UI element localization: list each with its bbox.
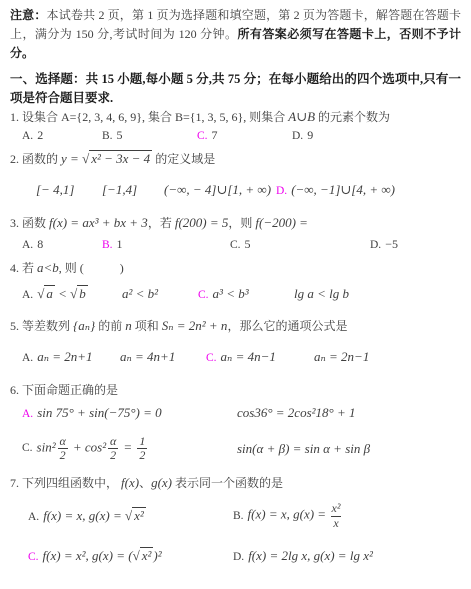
option-A: [− 4,1] xyxy=(36,182,102,198)
math-segment: f(x) = x, g(x) = xyxy=(248,507,330,522)
text-segment: ，则 xyxy=(228,216,255,230)
math-segment: [−1,4] xyxy=(102,182,137,197)
question-list: 1. 设集合 A={2, 3, 4, 6, 9}, 集合 B={1, 3, 5,… xyxy=(10,108,461,564)
option-row: A.2B.5C.7D.9 xyxy=(10,126,461,144)
question-4: 4. 若 a<b, 则 ( )A.√a < √ba² < b²C.a³ < b³… xyxy=(10,259,461,305)
text-segment: 5. 等差数列 xyxy=(10,319,73,333)
option-letter: A. xyxy=(22,289,33,301)
option-letter-answer: C. xyxy=(197,130,208,142)
option-D: aₙ = 2n−1 xyxy=(314,349,461,365)
radicand: b xyxy=(77,285,88,301)
option-A: A.8 xyxy=(22,237,102,252)
fraction: 12 xyxy=(137,435,147,462)
option-C: C.aₙ = 4n−1 xyxy=(206,349,314,365)
option-A: A.aₙ = 2n+1 xyxy=(22,349,120,365)
question-stem: 7. 下列四组函数中， f(x)、g(x) 表示同一个函数的是 xyxy=(10,474,461,492)
fraction-numerator: x² xyxy=(331,502,340,515)
option-letter-answer: D. xyxy=(276,185,287,197)
exam-page: 注意：本试卷共 2 页，第 1 页为选择题和填空题，第 2 页为答题卡，解答题在… xyxy=(0,0,471,589)
option-A: A.sin 75° + sin(−75°) = 0 xyxy=(22,405,237,421)
option-C: C.f(x) = x², g(x) = (√x²)² xyxy=(28,548,233,564)
math-segment: f(−200) = xyxy=(255,215,308,230)
option-B: aₙ = 4n+1 xyxy=(120,349,206,365)
math-segment: (−∞, −1]∪[4, + ∞) xyxy=(291,182,395,197)
math-segment: [− 4,1] xyxy=(36,182,74,197)
option-C: C.a³ < b³ xyxy=(198,286,294,302)
math-segment: aₙ = 4n−1 xyxy=(221,349,276,364)
option-letter: C. xyxy=(230,239,241,251)
option-row: A.√a < √ba² < b²C.a³ < b³lg a < lg b xyxy=(10,283,461,305)
sqrt-expression: √x² − 3x − 4 xyxy=(82,152,152,166)
option-B: B.f(x) = x, g(x) = x²x xyxy=(233,502,461,529)
option-D: sin(α + β) = sin α + sin β xyxy=(237,441,461,457)
math-segment: a² < b² xyxy=(122,286,158,301)
text-segment: 2 xyxy=(37,128,43,142)
text-segment: 1 xyxy=(117,237,123,251)
text-segment: 3. 函数 xyxy=(10,216,49,230)
option-C: C.sin²α2 + cos²α2 = 12 xyxy=(22,435,237,462)
text-segment: 8 xyxy=(37,237,43,251)
option-row: A.8B.1C.5D.−5 xyxy=(10,236,461,253)
text-segment: 项和 xyxy=(132,319,162,333)
option-letter: A. xyxy=(22,130,33,142)
fraction: α2 xyxy=(58,435,68,462)
option-letter: D. xyxy=(292,130,303,142)
fraction-denominator: 2 xyxy=(108,448,118,462)
option-letter-answer: B. xyxy=(102,239,113,251)
math-segment: f(x) = 2lg x, g(x) = lg x² xyxy=(248,548,373,563)
radicand: x² − 3x − 4 xyxy=(89,150,152,166)
section-title: 一、选择题：共 15 小题,每小题 5 分,共 75 分；在每小题给出的四个选项… xyxy=(10,70,461,108)
fraction-denominator: 2 xyxy=(58,448,68,462)
sqrt-expression: √x² xyxy=(125,509,146,523)
option-C: C.7 xyxy=(197,128,292,143)
question-1: 1. 设集合 A={2, 3, 4, 6, 9}, 集合 B={1, 3, 5,… xyxy=(10,108,461,144)
text-segment: ，那么它的通项公式是 xyxy=(227,319,347,333)
text-segment: 7 xyxy=(212,128,218,142)
sqrt-expression: √a xyxy=(37,287,55,301)
fraction-denominator: 2 xyxy=(137,448,147,462)
math-segment: f(x) xyxy=(121,475,139,490)
option-letter: B. xyxy=(233,510,244,522)
math-segment: f(x) = x, g(x) = xyxy=(43,508,125,523)
math-segment: a³ < b³ xyxy=(213,286,249,301)
question-stem: 3. 函数 f(x) = ax³ + bx + 3，若 f(200) = 5，则… xyxy=(10,214,461,232)
option-B: [−1,4] xyxy=(102,182,164,198)
option-letter: A. xyxy=(28,511,39,523)
math-segment: g(x) xyxy=(151,475,172,490)
text-segment: 表示同一个函数的是 xyxy=(172,476,283,490)
text-segment: 的元素个数为 xyxy=(315,110,390,124)
fraction-numerator: α xyxy=(108,435,118,448)
question-5: 5. 等差数列 {aₙ} 的前 n 项和 Sₙ = 2n² + n，那么它的通项… xyxy=(10,317,461,367)
option-letter: A. xyxy=(22,352,33,364)
question-stem: 4. 若 a<b, 则 ( ) xyxy=(10,259,461,277)
math-segment: y = xyxy=(61,151,82,166)
math-segment: a<b xyxy=(37,260,59,275)
text-segment: −5 xyxy=(385,237,398,251)
radicand: x² xyxy=(132,507,146,523)
math-segment: aₙ = 4n+1 xyxy=(120,349,175,364)
option-row: A.aₙ = 2n+1aₙ = 4n+1C.aₙ = 4n−1aₙ = 2n−1 xyxy=(10,347,461,367)
math-segment: cos36° = 2cos²18° + 1 xyxy=(237,405,356,420)
math-segment: = xyxy=(120,439,135,454)
option-letter: D. xyxy=(370,239,381,251)
math-segment: sin² xyxy=(37,439,56,454)
radical-sign-icon: √ xyxy=(133,548,140,563)
option-letter: C. xyxy=(22,442,33,454)
option-D: D.−5 xyxy=(370,237,461,252)
fraction-numerator: 1 xyxy=(137,435,147,448)
question-7: 7. 下列四组函数中， f(x)、g(x) 表示同一个函数的是A.f(x) = … xyxy=(10,474,461,563)
fraction: α2 xyxy=(108,435,118,462)
question-stem: 6. 下面命题正确的是 xyxy=(10,381,461,399)
text-segment: 2. 函数的 xyxy=(10,152,61,166)
option-C: (−∞, − 4]∪[1, + ∞) xyxy=(164,182,276,198)
math-segment: sin 75° + sin(−75°) = 0 xyxy=(37,405,161,420)
option-C: C.5 xyxy=(230,237,370,252)
math-segment: (−∞, − 4]∪[1, + ∞) xyxy=(164,182,271,197)
option-D: D.f(x) = 2lg x, g(x) = lg x² xyxy=(233,548,461,564)
text-segment: 1. 设集合 A={2, 3, 4, 6, 9}, 集合 B={1, 3, 5,… xyxy=(10,110,288,124)
option-B: a² < b² xyxy=(122,286,198,302)
question-2: 2. 函数的 y = √x² − 3x − 4 的定义域是[− 4,1][−1,… xyxy=(10,150,461,200)
math-segment: sin(α + β) = sin α + sin β xyxy=(237,441,370,456)
option-row: [− 4,1][−1,4](−∞, − 4]∪[1, + ∞)D.(−∞, −1… xyxy=(10,180,461,200)
math-segment: aₙ = 2n−1 xyxy=(314,349,369,364)
math-segment: lg a < lg b xyxy=(294,286,349,301)
option-A: A.√a < √b xyxy=(22,286,122,302)
math-segment: f(x) = x², g(x) = ( xyxy=(43,548,133,563)
sqrt-expression: √x² xyxy=(133,549,154,563)
text-segment: 9 xyxy=(307,128,313,142)
option-row: A.f(x) = x, g(x) = √x²B.f(x) = x, g(x) =… xyxy=(10,502,461,563)
text-segment: , 则 ( ) xyxy=(59,261,124,275)
option-row: A.sin 75° + sin(−75°) = 0cos36° = 2cos²1… xyxy=(10,405,461,462)
option-letter-answer: C. xyxy=(198,289,209,301)
option-D: lg a < lg b xyxy=(294,286,461,302)
option-letter: A. xyxy=(22,239,33,251)
option-letter-answer: C. xyxy=(28,551,39,563)
option-A: A.f(x) = x, g(x) = √x² xyxy=(28,508,233,524)
text-segment: 4. 若 xyxy=(10,261,37,275)
option-D: D.9 xyxy=(292,128,461,143)
question-6: 6. 下面命题正确的是A.sin 75° + sin(−75°) = 0cos3… xyxy=(10,381,461,462)
question-stem: 5. 等差数列 {aₙ} 的前 n 项和 Sₙ = 2n² + n，那么它的通项… xyxy=(10,317,461,335)
text-segment: 6. 下面命题正确的是 xyxy=(10,383,118,397)
option-B: B.1 xyxy=(102,237,230,252)
math-segment: Sₙ = 2n² + n xyxy=(162,318,228,333)
text-segment: 5 xyxy=(245,237,251,251)
text-segment: 5 xyxy=(117,128,123,142)
text-segment: 7. 下列四组函数中， xyxy=(10,476,121,490)
radicand: x² xyxy=(140,547,154,563)
sqrt-expression: √b xyxy=(70,287,88,301)
math-segment: A∪B xyxy=(288,109,315,124)
math-segment: {aₙ} xyxy=(73,318,95,333)
text-segment: 的定义域是 xyxy=(152,152,215,166)
fraction: x²x xyxy=(331,502,340,529)
question-stem: 1. 设集合 A={2, 3, 4, 6, 9}, 集合 B={1, 3, 5,… xyxy=(10,108,461,126)
notice: 注意：本试卷共 2 页，第 1 页为选择题和填空题，第 2 页为答题卡，解答题在… xyxy=(10,6,461,63)
text-segment: 的前 xyxy=(95,319,125,333)
radicand: a xyxy=(44,285,55,301)
notice-label: 注意： xyxy=(10,8,47,22)
fraction-numerator: α xyxy=(58,435,68,448)
option-B: B.5 xyxy=(102,128,197,143)
option-letter: D. xyxy=(233,551,244,563)
option-D: D.(−∞, −1]∪[4, + ∞) xyxy=(276,182,461,198)
math-segment: aₙ = 2n+1 xyxy=(37,349,92,364)
option-A: A.2 xyxy=(22,128,102,143)
text-segment: 、 xyxy=(139,476,151,490)
math-segment: )² xyxy=(153,548,161,563)
option-letter-answer: A. xyxy=(22,408,33,420)
option-letter: B. xyxy=(102,130,113,142)
math-segment: f(200) = 5 xyxy=(175,215,229,230)
option-letter-answer: C. xyxy=(206,352,217,364)
math-segment: f(x) = ax³ + bx + 3 xyxy=(49,215,148,230)
math-segment: < xyxy=(55,286,70,301)
question-3: 3. 函数 f(x) = ax³ + bx + 3，若 f(200) = 5，则… xyxy=(10,214,461,253)
option-B: cos36° = 2cos²18° + 1 xyxy=(237,405,461,421)
math-segment: + cos² xyxy=(70,439,107,454)
question-stem: 2. 函数的 y = √x² − 3x − 4 的定义域是 xyxy=(10,150,461,174)
text-segment: ，若 xyxy=(148,216,175,230)
fraction-denominator: x xyxy=(331,516,340,530)
